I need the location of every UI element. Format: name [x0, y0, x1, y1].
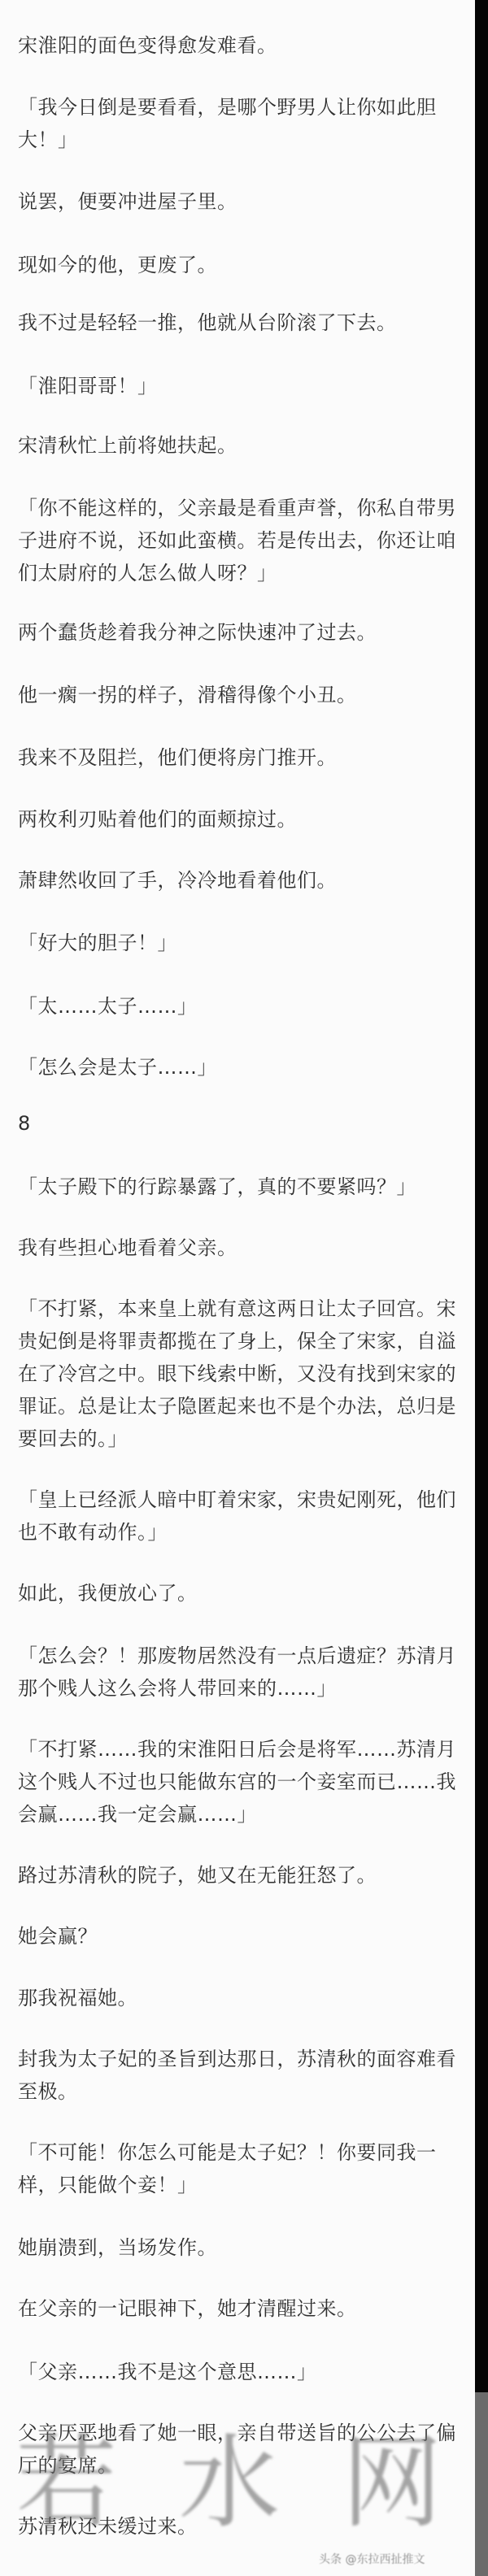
author-credit: 头条 @东拉西扯推文	[319, 2552, 425, 2567]
dialogue-paragraph: 「怎么会？！那废物居然没有一点后遗症？苏清月那个贱人这么会将人带回来的……」	[18, 1640, 457, 1705]
dialogue-paragraph: 「太……太子……」	[18, 990, 457, 1023]
paragraph: 现如今的他，更废了。	[18, 249, 457, 281]
paragraph: 路过苏清秋的院子，她又在无能狂怒了。	[18, 1859, 457, 1892]
right-edge-bar-lower	[475, 2392, 488, 2576]
paragraph: 两个蠢货趁着我分神之际快速冲了过去。	[18, 616, 457, 649]
dialogue-paragraph: 「不打紧……我的宋淮阳日后会是将军……苏清月这个贱人不过也只能做东宫的一个妾室而…	[18, 1733, 457, 1831]
paragraph: 我有些担心地看着父亲。	[18, 1232, 457, 1264]
dialogue-paragraph: 「淮阳哥哥！」	[18, 370, 457, 402]
right-edge-bar	[475, 0, 488, 2392]
paragraph: 宋淮阳的面色变得愈发难看。	[18, 29, 457, 62]
dialogue-paragraph: 「太子殿下的行踪暴露了，真的不要紧吗？」	[18, 1171, 457, 1203]
paragraph: 她崩溃到，当场发作。	[18, 2231, 457, 2264]
paragraph: 说罢，便要冲进屋子里。	[18, 185, 457, 218]
paragraph: 苏清秋还未缓过来。	[18, 2510, 457, 2543]
paragraph: 那我祝福她。	[18, 1982, 457, 2014]
dialogue-paragraph: 「怎么会是太子……」	[18, 1051, 457, 1084]
dialogue-paragraph: 「父亲……我不是这个意思……」	[18, 2356, 457, 2388]
paragraph: 宋清秋忙上前将她扶起。	[18, 429, 457, 462]
dialogue-paragraph: 「不打紧，本来皇上就有意这两日让太子回宫。宋贵妃倒是将罪责都揽在了身上，保全了宋…	[18, 1292, 457, 1455]
dialogue-paragraph: 「我今日倒是要看看，是哪个野男人让你如此胆大！」	[18, 91, 457, 156]
paragraph: 萧肆然收回了手，冷冷地看着他们。	[18, 864, 457, 897]
paragraph: 如此，我便放心了。	[18, 1577, 457, 1609]
paragraph: 我不过是轻轻一推，他就从台阶滚了下去。	[18, 306, 457, 339]
paragraph: 父亲厌恶地看了她一眼，亲自带送旨的公公去了偏厅的宴席。	[18, 2417, 457, 2482]
dialogue-paragraph: 「你不能这样的，父亲最是看重声誉，你私自带男子进府不说，还如此蛮横。若是传出去，…	[18, 492, 457, 589]
dialogue-paragraph: 「不可能！你怎么可能是太子妃？！你要同我一样，只能做个妾！」	[18, 2136, 457, 2201]
article-page: 宋淮阳的面色变得愈发难看。 「我今日倒是要看看，是哪个野男人让你如此胆大！」 说…	[0, 0, 475, 2576]
paragraph: 她会赢？	[18, 1920, 457, 1953]
paragraph: 他一瘸一拐的样子，滑稽得像个小丑。	[18, 679, 457, 711]
chapter-number: 8	[18, 1107, 457, 1140]
paragraph: 我来不及阻拦，他们便将房门推开。	[18, 741, 457, 774]
paragraph: 封我为太子妃的圣旨到达那日，苏清秋的面容难看至极。	[18, 2043, 457, 2108]
paragraph: 在父亲的一记眼神下，她才清醒过来。	[18, 2292, 457, 2325]
dialogue-paragraph: 「皇上已经派人暗中盯着宋家，宋贵妃刚死，他们也不敢有动作。」	[18, 1483, 457, 1549]
dialogue-paragraph: 「好大的胆子！」	[18, 927, 457, 959]
paragraph: 两枚利刃贴着他们的面颊掠过。	[18, 803, 457, 836]
